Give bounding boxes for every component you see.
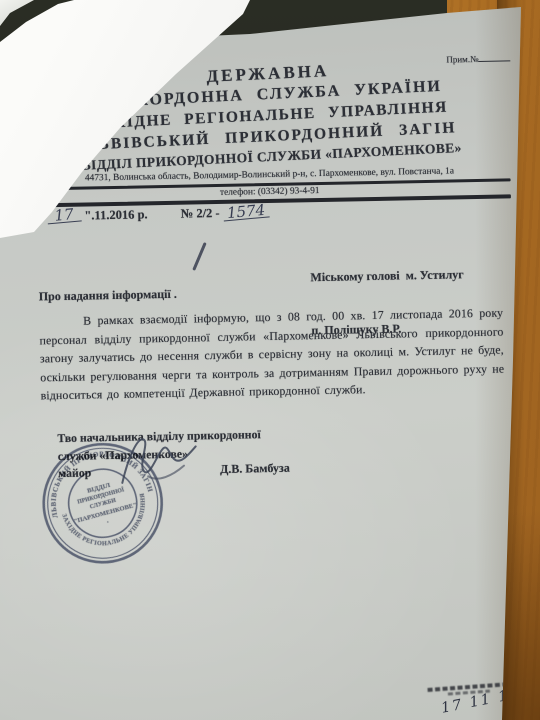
addressee-line: Міському голові м. Устилуг [310,266,464,286]
signatory-name: Д.В. Бамбуза [220,461,290,477]
handwritten-number: 1574 [222,203,269,221]
letter-body-paragraph: В рамках взаємодії інформую, що з 08 год… [39,304,505,405]
handwritten-signature [117,429,202,493]
svg-text:·: · [106,518,110,526]
handwritten-slash-mark [192,242,206,271]
photo-of-letter: Прим.№ ДЕРЖАВНА ПРИКОРДОННА СЛУЖБА УКРАЇ… [0,0,540,720]
reference-number-label: № 2/2 - [181,206,220,221]
subject-line: Про надання інформації . [39,287,177,305]
date-rest: ".11.2016 р. [84,207,147,222]
